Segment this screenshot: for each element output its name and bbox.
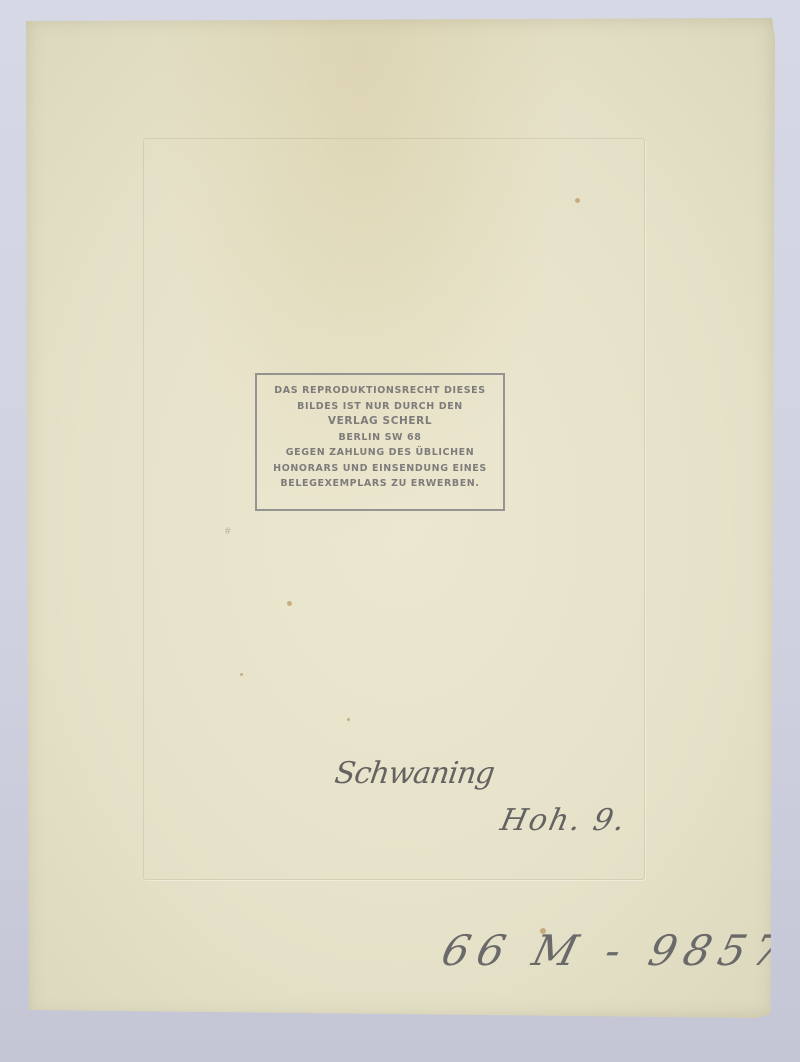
copyright-stamp: DAS REPRODUKTIONSRECHT DIESES BILDES IST… <box>255 373 505 511</box>
handwritten-caption-word: Schwaning <box>333 756 497 791</box>
foxing-spot <box>240 673 243 676</box>
foxing-spot <box>575 198 580 203</box>
stamp-line-publisher: VERLAG SCHERL <box>261 414 499 430</box>
stamp-line-address: BERLIN SW 68 <box>261 430 499 446</box>
stamp-line: BELEGEXEMPLARS ZU ERWERBEN. <box>261 476 499 492</box>
handwritten-archive-number: 66 M - 9857 <box>437 926 795 975</box>
stamp-line: BILDES IST NUR DURCH DEN <box>261 399 499 415</box>
photo-back-sheet: # DAS REPRODUKTIONSRECHT DIESES BILDES I… <box>25 18 775 1018</box>
handwritten-caption-ref: Hoh. 9. <box>497 803 630 838</box>
stamp-line: GEGEN ZAHLUNG DES ÜBLICHEN <box>261 445 499 461</box>
foxing-spot <box>347 718 350 721</box>
foxing-spot <box>287 601 292 606</box>
stamp-line: DAS REPRODUKTIONSRECHT DIESES <box>261 383 499 399</box>
faint-mark: # <box>225 526 231 537</box>
stamp-line: HONORARS UND EINSENDUNG EINES <box>261 461 499 477</box>
